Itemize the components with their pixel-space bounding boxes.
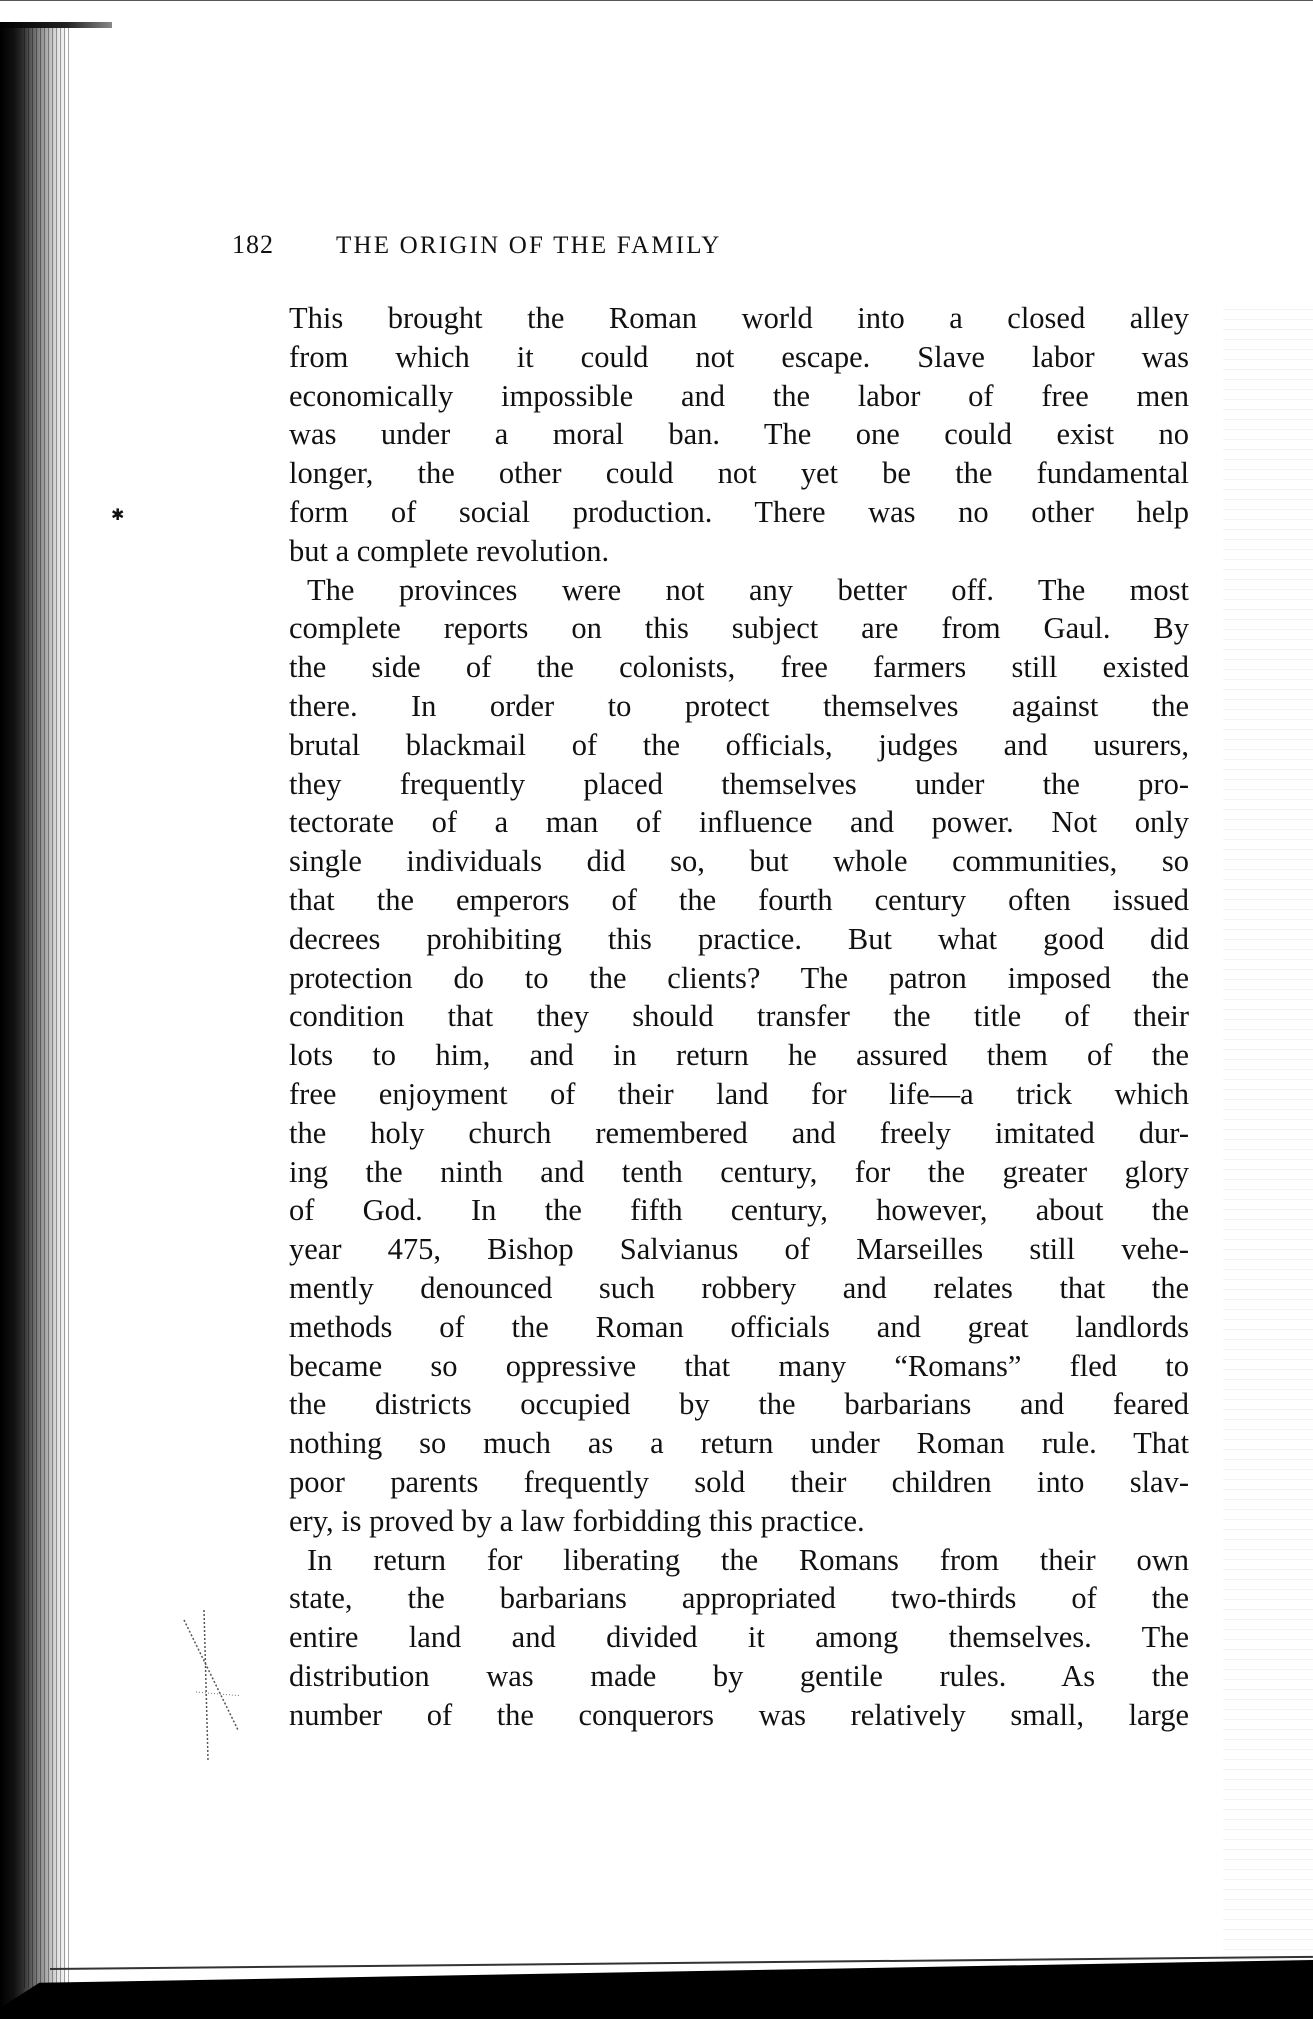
text-line: mently denounced such robbery and relate…: [289, 1269, 1189, 1308]
text-line: methods of the Roman officials and great…: [289, 1308, 1189, 1347]
scan-bottom-edge: [0, 1960, 1313, 2019]
pencil-margin-mark-icon: [180, 1610, 240, 1770]
text-line: free enjoyment of their land for life—a …: [289, 1075, 1189, 1114]
text-line: that the emperors of the fourth century …: [289, 881, 1189, 920]
page-number: 182: [232, 230, 274, 260]
text-line: single individuals did so, but whole com…: [289, 842, 1189, 881]
text-line: was under a moral ban. The one could exi…: [289, 415, 1189, 454]
text-line: state, the barbarians appropriated two-t…: [289, 1579, 1189, 1618]
text-line: protection do to the clients? The patron…: [289, 959, 1189, 998]
margin-dot-mark: ✱: [111, 510, 117, 522]
text-line: economically impossible and the labor of…: [289, 377, 1189, 416]
text-line: became so oppressive that many “Romans” …: [289, 1347, 1189, 1386]
text-line: brutal blackmail of the officials, judge…: [289, 726, 1189, 765]
text-line: In return for liberating the Romans from…: [289, 1541, 1189, 1580]
scan-top-edge: [0, 0, 1313, 1]
text-line: complete reports on this subject are fro…: [289, 609, 1189, 648]
running-head: THE ORIGIN OF THE FAMILY: [336, 232, 721, 260]
text-line: of God. In the fifth century, however, a…: [289, 1191, 1189, 1230]
text-line: from which it could not escape. Slave la…: [289, 338, 1189, 377]
text-line: This brought the Roman world into a clos…: [289, 299, 1189, 338]
binding-texture: [24, 28, 70, 1988]
page-edge-speckle: [1223, 300, 1313, 2000]
text-line: lots to him, and in return he assured th…: [289, 1036, 1189, 1075]
text-line: year 475, Bishop Salvianus of Marseilles…: [289, 1230, 1189, 1269]
text-line: nothing so much as a return under Roman …: [289, 1424, 1189, 1463]
paragraph: The provinces were not any better off. T…: [289, 571, 1189, 1541]
text-line: number of the conquerors was relatively …: [289, 1696, 1189, 1735]
text-line: there. In order to protect themselves ag…: [289, 687, 1189, 726]
text-line: decrees prohibiting this practice. But w…: [289, 920, 1189, 959]
text-line: the side of the colonists, free farmers …: [289, 648, 1189, 687]
text-line: tectorate of a man of influence and powe…: [289, 803, 1189, 842]
text-line: distribution was made by gentile rules. …: [289, 1657, 1189, 1696]
text-line: the districts occupied by the barbarians…: [289, 1385, 1189, 1424]
text-line: entire land and divided it among themsel…: [289, 1618, 1189, 1657]
paragraph: In return for liberating the Romans from…: [289, 1541, 1189, 1735]
text-line: longer, the other could not yet be the f…: [289, 454, 1189, 493]
text-line: condition that they should transfer the …: [289, 997, 1189, 1036]
text-line: ing the ninth and tenth century, for the…: [289, 1153, 1189, 1192]
page-header: 182 THE ORIGIN OF THE FAMILY: [232, 230, 1192, 266]
text-line: form of social production. There was no …: [289, 493, 1189, 532]
text-line: The provinces were not any better off. T…: [289, 571, 1189, 610]
text-line: they frequently placed themselves under …: [289, 765, 1189, 804]
paragraph: This brought the Roman world into a clos…: [289, 299, 1189, 571]
text-line: but a complete revolution.: [289, 532, 1189, 571]
text-line: ery, is proved by a law forbidding this …: [289, 1502, 1189, 1541]
body-text: This brought the Roman world into a clos…: [289, 299, 1189, 1734]
text-line: the holy church remembered and freely im…: [289, 1114, 1189, 1153]
text-line: poor parents frequently sold their child…: [289, 1463, 1189, 1502]
